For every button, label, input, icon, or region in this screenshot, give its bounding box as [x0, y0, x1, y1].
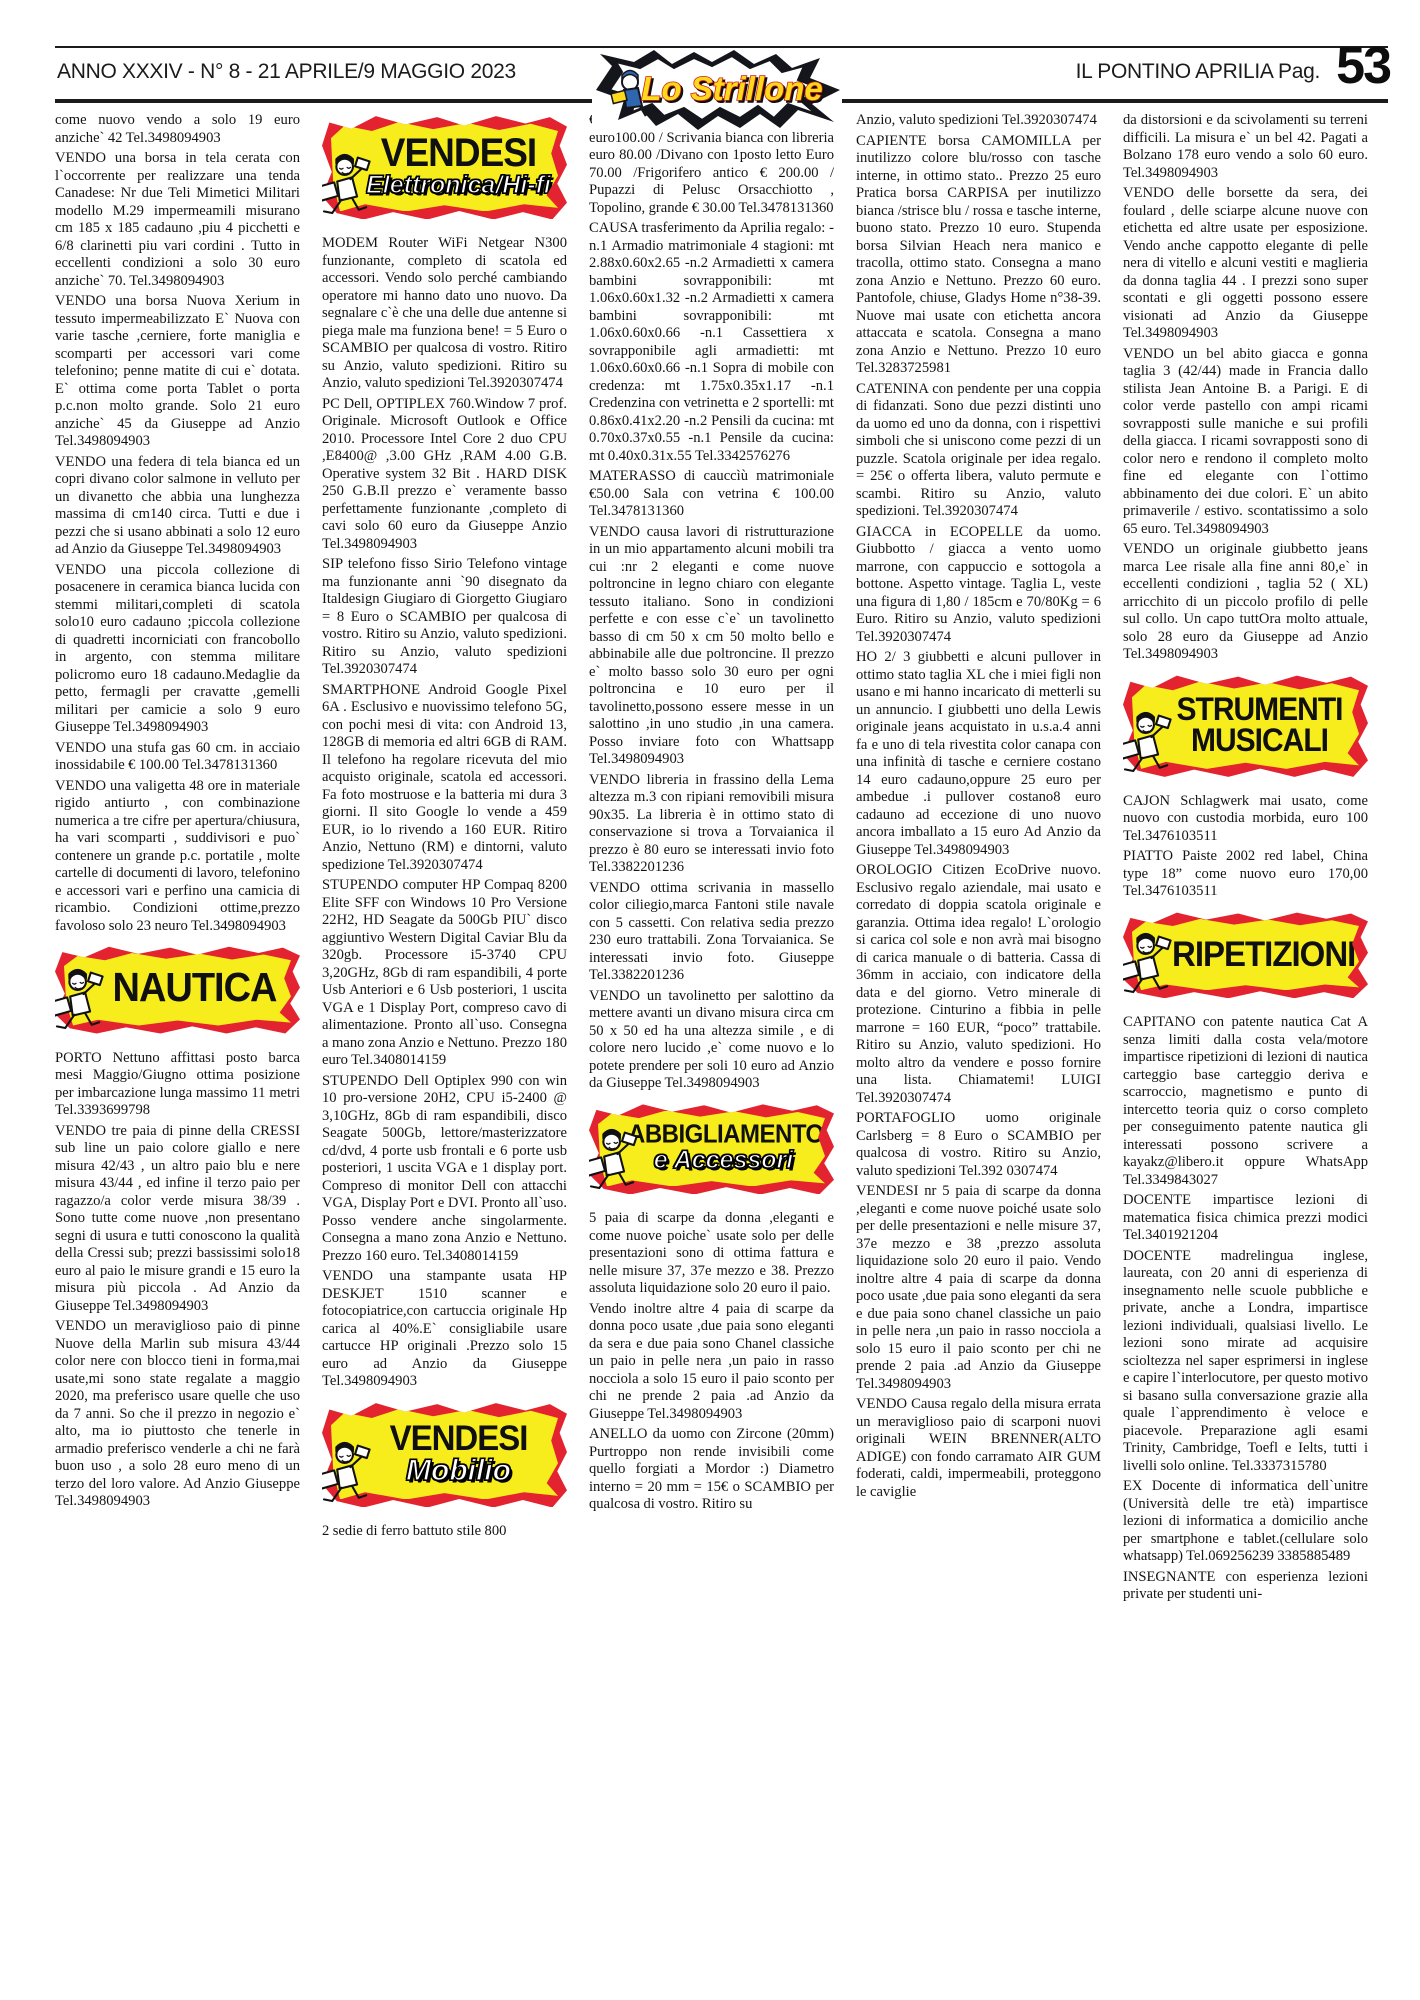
classified-ad: PC Dell, OPTIPLEX 760.Window 7 prof. Ori… [322, 396, 567, 554]
publication-name: IL PONTINO APRILIA Pag. [1076, 60, 1320, 84]
section-title: RIPETIZIONI [1172, 936, 1353, 973]
classified-ad: OROLOGIO Citizen EcoDrive nuovo. Esclusi… [856, 862, 1101, 1107]
newsboy-mascot-icon [322, 1439, 372, 1515]
classifieds-columns: come nuovo vendo a solo 19 euro anziche`… [55, 112, 1368, 1974]
classified-ad: MODEM Router WiFi Netgear N300 funzionan… [322, 235, 567, 393]
section-title: MUSICALI [1166, 723, 1353, 757]
classified-ad: VENDO causa lavori di ristrutturazione i… [589, 524, 834, 769]
column-1: come nuovo vendo a solo 19 euro anziche`… [55, 112, 300, 1974]
classified-ad: VENDO libreria in frassino della Lema al… [589, 772, 834, 877]
classified-ad: 5 paia di scarpe da donna ,eleganti e co… [589, 1210, 834, 1298]
classified-ad: VENDO una valigetta 48 ore in materiale … [55, 778, 300, 936]
classified-ad: Anzio, valuto spedizioni Tel.3920307474 [856, 112, 1101, 130]
classified-ad: VENDESI nr 5 paia di scarpe da donna ,el… [856, 1183, 1101, 1393]
column-4: Anzio, valuto spedizioni Tel.3920307474C… [856, 112, 1101, 1974]
section-banner-strumenti-musicali: STRUMENTIMUSICALI [1123, 674, 1368, 777]
column-3: € 100.00 /Divano con 2 poltrone stile 80… [589, 112, 834, 1974]
classified-ad: VENDO una federa di tela bianca ed un co… [55, 454, 300, 559]
classified-ad: VENDO una borsa Nuova Xerium in tessuto … [55, 293, 300, 451]
classified-ad: Vendo inoltre altre 4 paia di scarpe da … [589, 1301, 834, 1424]
classified-ad: SIP telefono fisso Sirio Telefono vintag… [322, 556, 567, 679]
newsboy-mascot-icon [1123, 709, 1173, 785]
classified-ad: SMARTPHONE Android Google Pixel 6A . Esc… [322, 682, 567, 875]
section-banner-nautica: NAUTICA [55, 945, 300, 1034]
classified-ad: VENDO ottima scrivania in massello color… [589, 880, 834, 985]
classified-ad: HO 2/ 3 giubbetti e alcuni pullover in o… [856, 649, 1101, 859]
classified-ad: CAPITANO con patente nautica Cat A senza… [1123, 1014, 1368, 1189]
page-number: 53 [1336, 40, 1390, 92]
logo-burst-icon: Lo Strillone [592, 48, 842, 132]
classified-ad: STUPENDO computer HP Compaq 8200 Elite S… [322, 877, 567, 1070]
classified-ad: STUPENDO Dell Optiplex 990 con win 10 pr… [322, 1073, 567, 1266]
issue-info: ANNO XXXIV - N° 8 - 21 APRILE/9 MAGGIO 2… [57, 60, 516, 84]
classified-ad: VENDO Causa regalo della misura errata u… [856, 1396, 1101, 1501]
newsboy-mascot-icon [589, 1126, 639, 1202]
section-title: VENDESI [365, 132, 552, 174]
classified-ad: DOCENTE madrelingua inglese, laureata, c… [1123, 1248, 1368, 1476]
newsboy-mascot-icon [1123, 930, 1173, 1006]
section-title: VENDESI [365, 1420, 552, 1457]
classified-ad: CATENINA con pendente per una coppia di … [856, 381, 1101, 521]
classified-ad: EX Docente di informatica dell`unitre (U… [1123, 1478, 1368, 1566]
section-title: e Accessori [628, 1147, 819, 1173]
section-banner-abbigliamento: ABBIGLIAMENTOe Accessori [589, 1103, 834, 1195]
section-banner-ripetizioni: RIPETIZIONI [1123, 911, 1368, 998]
logo-lo-strillone: Lo Strillone [592, 48, 842, 132]
section-title: Mobilio [365, 1455, 552, 1486]
classified-ad: INSEGNANTE con esperienza lezioni privat… [1123, 1569, 1368, 1604]
classified-ad: CAJON Schlagwerk mai usato, come nuovo c… [1123, 793, 1368, 846]
classified-ad: VENDO una stampante usata HP DESKJET 151… [322, 1268, 567, 1391]
classified-ad: VENDO una borsa in tela cerata con l`occ… [55, 150, 300, 290]
classified-ad: PORTAFOGLIO uomo originale Carlsberg = 8… [856, 1110, 1101, 1180]
section-title: STRUMENTI [1166, 692, 1353, 726]
classified-ad: VENDO un originale giubbetto jeans marca… [1123, 541, 1368, 664]
section-title: ABBIGLIAMENTO [628, 1122, 819, 1149]
classified-ad: come nuovo vendo a solo 19 euro anziche`… [55, 112, 300, 147]
section-title: NAUTICA [104, 967, 285, 1010]
classified-ad: PORTO Nettuno affittasi posto barca mesi… [55, 1050, 300, 1120]
classified-ad: CAPIENTE borsa CAMOMILLA per inutilizzo … [856, 133, 1101, 378]
classified-ad: 2 sedie di ferro battuto stile 800 [322, 1523, 567, 1541]
classified-ad: DOCENTE impartisce lezioni di matematica… [1123, 1192, 1368, 1245]
logo-title: Lo Strillone [641, 70, 823, 107]
newspaper-page: ANNO XXXIV - N° 8 - 21 APRILE/9 MAGGIO 2… [0, 0, 1420, 2000]
classified-ad: VENDO un bel abito giacca e gonna taglia… [1123, 346, 1368, 539]
column-2: VENDESIElettronica/Hi-fi MODEM Router Wi… [322, 112, 567, 1974]
newsboy-mascot-icon [55, 966, 105, 1042]
classified-ad: VENDO un tavolinetto per salottino da me… [589, 988, 834, 1093]
classified-ad: MATERASSO di cauccìù matrimoniale €50.00… [589, 468, 834, 521]
classified-ad: da distorsioni e da scivolamenti su terr… [1123, 112, 1368, 182]
classified-ad: CAUSA trasferimento da Aprilia regalo: -… [589, 220, 834, 465]
section-banner-vendesi-elettronica: VENDESIElettronica/Hi-fi [322, 114, 567, 219]
classified-ad: GIACCA in ECOPELLE da uomo. Giubbotto / … [856, 524, 1101, 647]
classified-ad: VENDO delle borsette da sera, dei foular… [1123, 185, 1368, 343]
section-title: Elettronica/Hi-fi [365, 172, 552, 198]
classified-ad: VENDO una piccola collezione di posacene… [55, 562, 300, 737]
classified-ad: VENDO tre paia di pinne della CRESSI sub… [55, 1123, 300, 1316]
classified-ad: PIATTO Paiste 2002 red label, China type… [1123, 848, 1368, 901]
column-5: da distorsioni e da scivolamenti su terr… [1123, 112, 1368, 1974]
section-banner-vendesi-mobilio: VENDESIMobilio [322, 1401, 567, 1508]
classified-ad: VENDO una stufa gas 60 cm. in acciaio in… [55, 740, 300, 775]
classified-ad: VENDO un meraviglioso paio di pinne Nuov… [55, 1318, 300, 1511]
newsboy-mascot-icon [322, 151, 372, 227]
classified-ad: ANELLO da uomo con Zircone (20mm) Purtro… [589, 1426, 834, 1514]
